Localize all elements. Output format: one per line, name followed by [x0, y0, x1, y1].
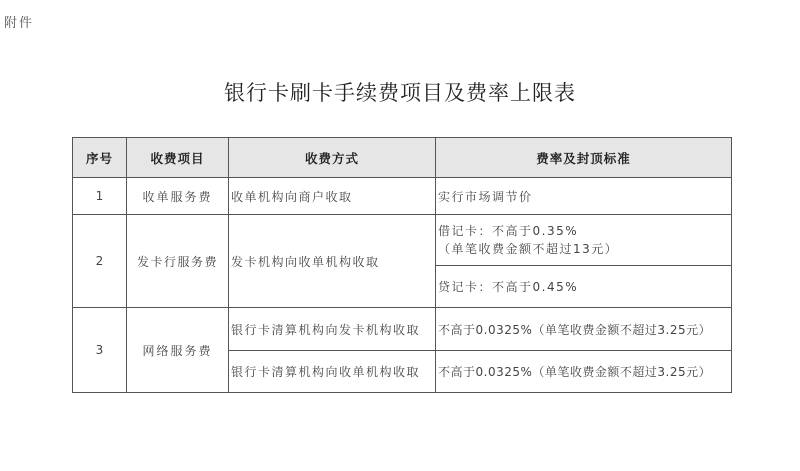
row-rate-cap-debit: 借记卡：不高于0.35% （单笔收费金额不超过13元）: [436, 215, 732, 266]
table-row: 1 收单服务费 收单机构向商户收取 实行市场调节价: [73, 178, 732, 215]
row-rate-cap-credit: 贷记卡：不高于0.45%: [436, 266, 732, 308]
table-header-row: 序号 收费项目 收费方式 费率及封顶标准: [73, 138, 732, 178]
row-fee-item: 网络服务费: [127, 308, 229, 393]
row-rate-cap: 实行市场调节价: [436, 178, 732, 215]
debit-rate-text: 借记卡：不高于0.35%: [438, 222, 731, 240]
row-fee-item: 收单服务费: [127, 178, 229, 215]
page-title: 银行卡刷卡手续费项目及费率上限表: [0, 77, 800, 107]
fee-rate-table: 序号 收费项目 收费方式 费率及封顶标准 1 收单服务费 收单机构向商户收取 实…: [72, 137, 732, 393]
header-serial-no: 序号: [73, 138, 127, 178]
row-serial-no: 2: [73, 215, 127, 308]
row-fee-method: 收单机构向商户收取: [229, 178, 436, 215]
row-rate-cap: 不高于0.0325%（单笔收费金额不超过3.25元）: [436, 351, 732, 393]
debit-cap-text: （单笔收费金额不超过13元）: [438, 240, 731, 258]
header-fee-method: 收费方式: [229, 138, 436, 178]
row-fee-method: 银行卡清算机构向发卡机构收取: [229, 308, 436, 351]
header-rate-cap: 费率及封顶标准: [436, 138, 732, 178]
table-row: 3 网络服务费 银行卡清算机构向发卡机构收取 不高于0.0325%（单笔收费金额…: [73, 308, 732, 351]
row-serial-no: 3: [73, 308, 127, 393]
table-row: 2 发卡行服务费 发卡机构向收单机构收取 借记卡：不高于0.35% （单笔收费金…: [73, 215, 732, 266]
row-rate-cap: 不高于0.0325%（单笔收费金额不超过3.25元）: [436, 308, 732, 351]
attachment-label: 附件: [4, 12, 34, 31]
row-fee-method: 发卡机构向收单机构收取: [229, 215, 436, 308]
row-fee-item: 发卡行服务费: [127, 215, 229, 308]
row-serial-no: 1: [73, 178, 127, 215]
header-fee-item: 收费项目: [127, 138, 229, 178]
row-fee-method: 银行卡清算机构向收单机构收取: [229, 351, 436, 393]
